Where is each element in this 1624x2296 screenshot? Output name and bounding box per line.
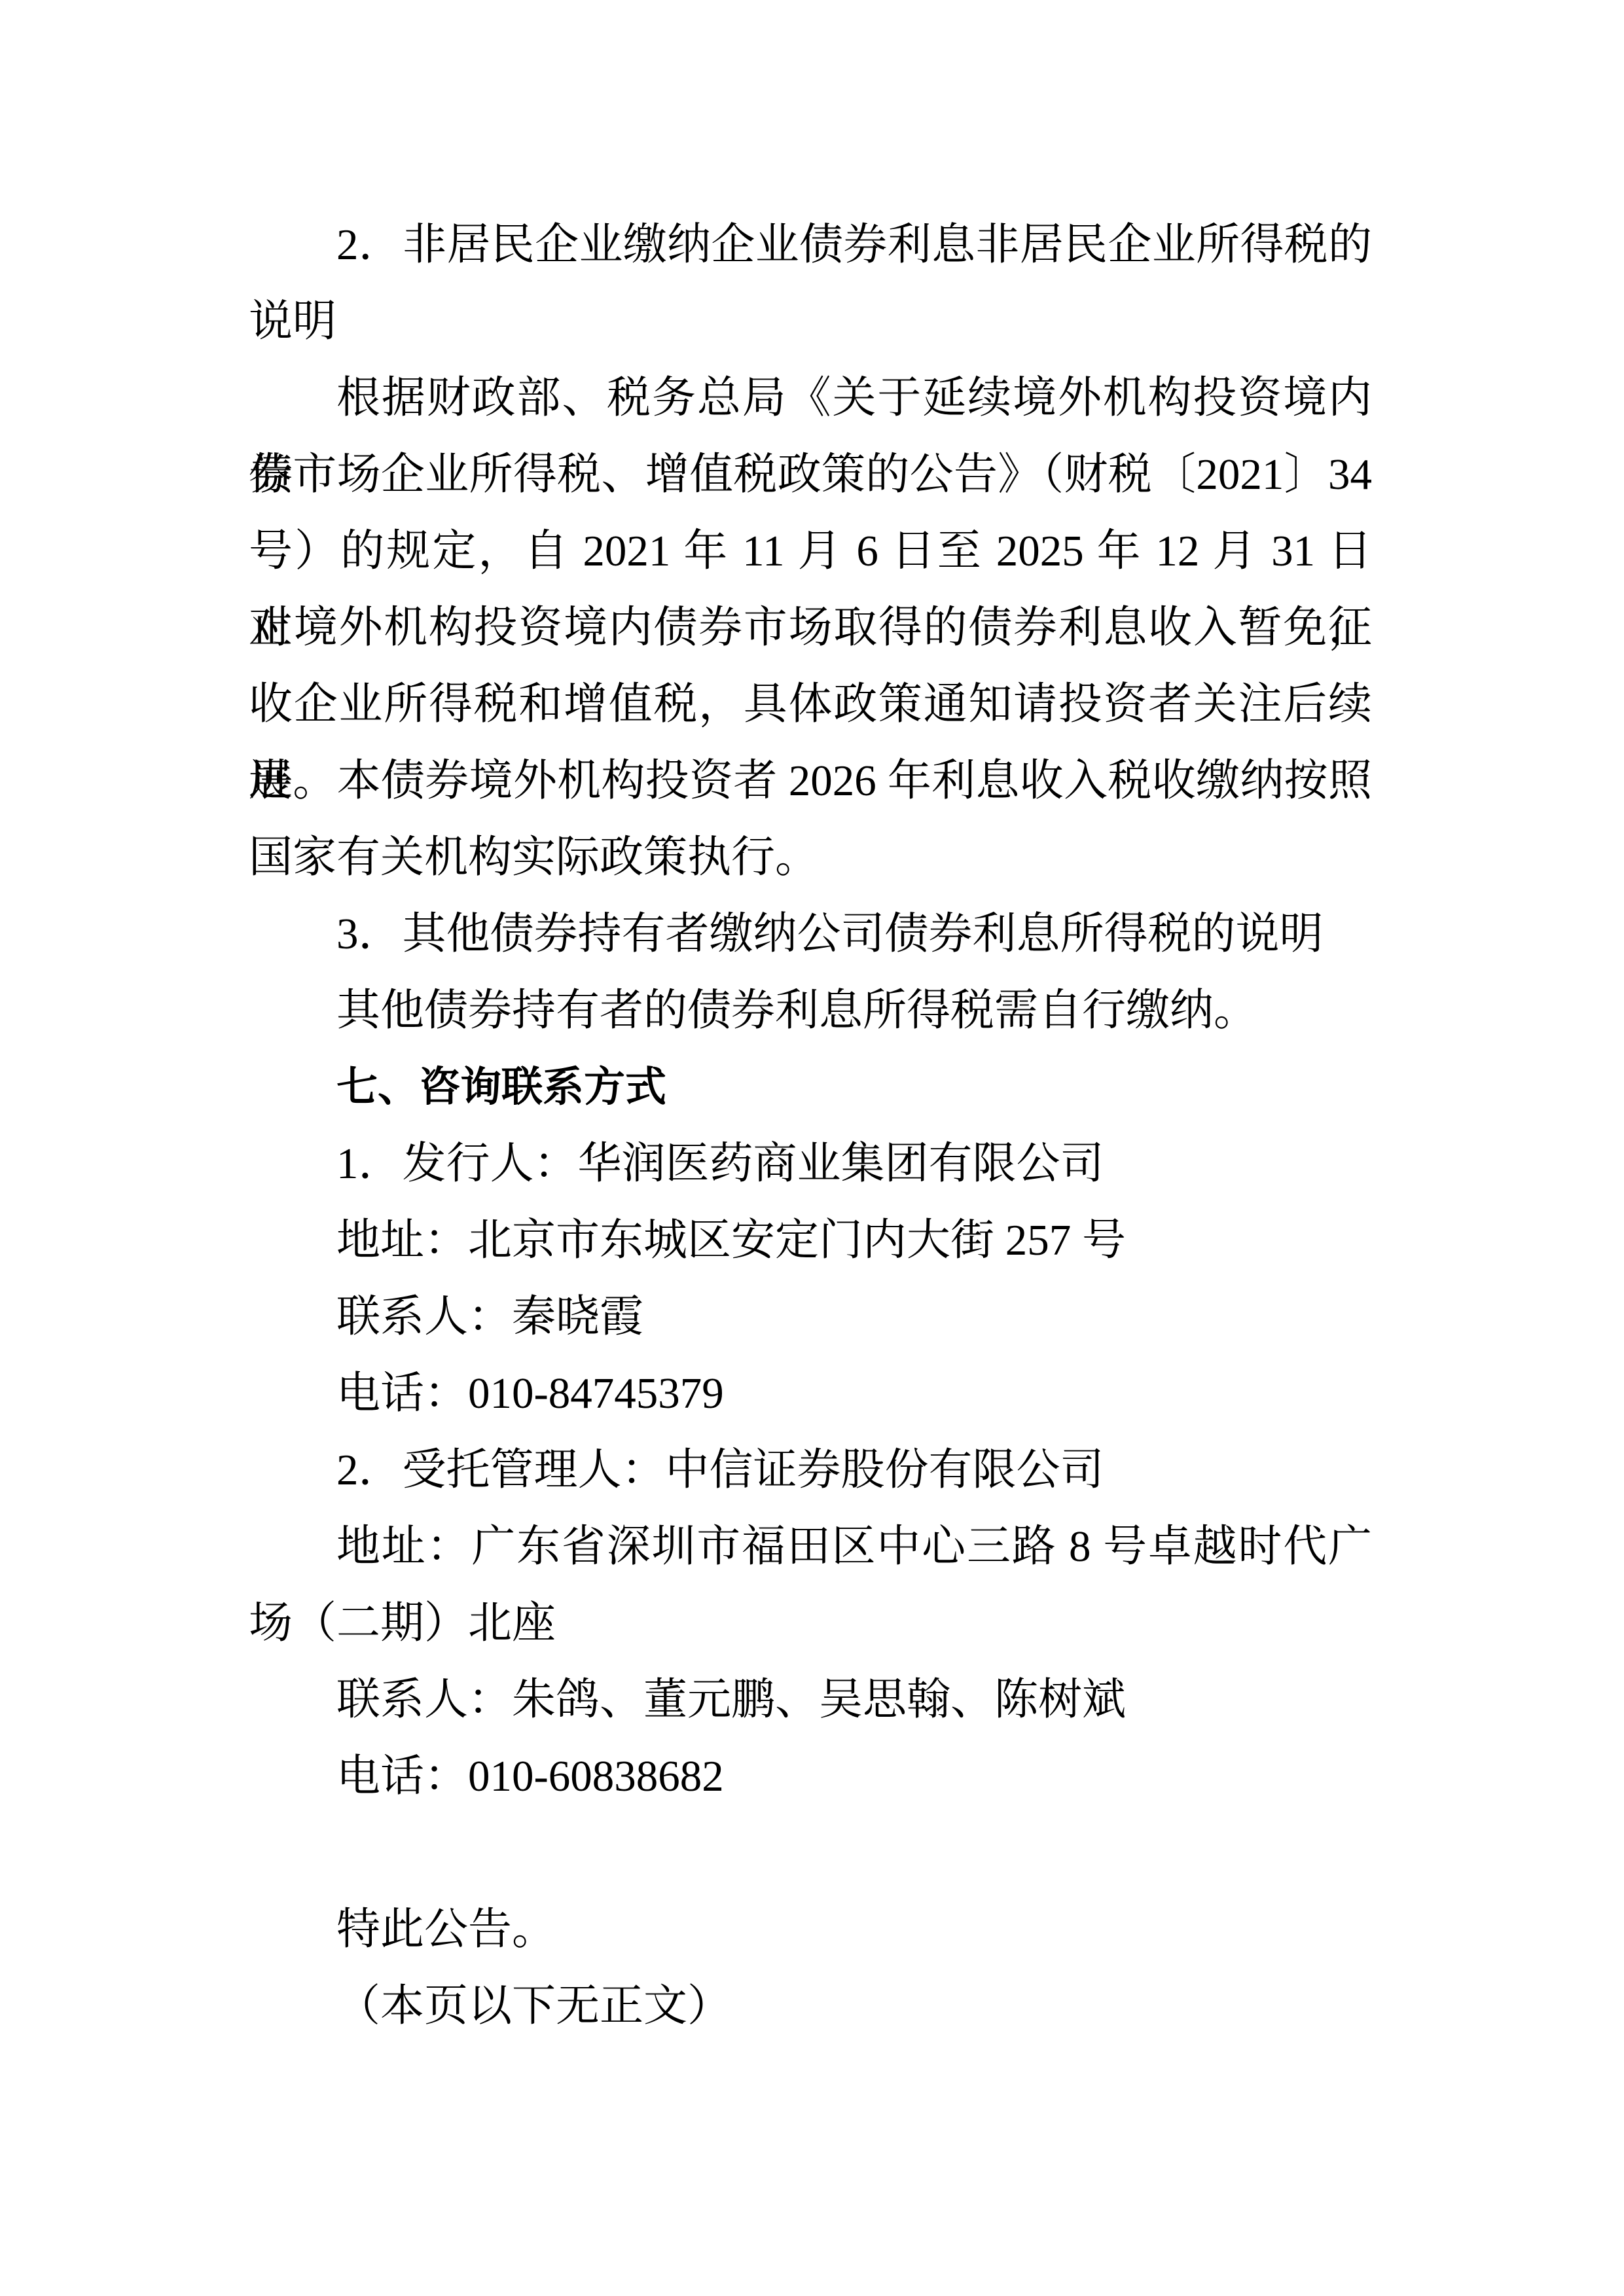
item3-heading-line: 3．其他债券持有者缴纳公司债券利息所得税的说明: [249, 896, 1372, 973]
trustee-address-line-1: 地址：广东省深圳市福田区中心三路 8 号卓越时代广: [249, 1509, 1372, 1585]
tax-policy-para-line-7: 国家有关机构实际政策执行。: [249, 819, 1372, 896]
trustee-address-line-2: 场（二期）北座: [249, 1585, 1372, 1662]
item2-heading-line-1: 2．非居民企业缴纳企业债券利息非居民企业所得税的: [249, 207, 1372, 283]
tax-policy-para-line-5: 收企业所得税和增值税，具体政策通知请投资者关注后续进: [249, 666, 1372, 743]
issuer-contact-line: 联系人：秦晓霞: [249, 1279, 1372, 1355]
tax-policy-para-line-4: 对境外机构投资境内债券市场取得的债券利息收入暂免征: [249, 590, 1372, 666]
trustee-contact-line: 联系人：朱鸽、董元鹏、吴思翰、陈树斌: [249, 1662, 1372, 1738]
tax-policy-para-line-1: 根据财政部、税务总局《关于延续境外机构投资境内债: [249, 360, 1372, 437]
blank-line: [249, 1815, 1372, 1892]
trustee-name-line: 2．受托管理人：中信证券股份有限公司: [249, 1432, 1372, 1509]
issuer-phone-line: 电话：010-84745379: [249, 1355, 1372, 1432]
issuer-address-line: 地址：北京市东城区安定门内大街 257 号: [249, 1202, 1372, 1279]
trustee-phone-line: 电话：010-60838682: [249, 1738, 1372, 1815]
closing-announcement-line: 特此公告。: [249, 1892, 1372, 1968]
document-page: 2．非居民企业缴纳企业债券利息非居民企业所得税的 说明 根据财政部、税务总局《关…: [0, 0, 1624, 2296]
item3-body-line: 其他债券持有者的债券利息所得税需自行缴纳。: [249, 973, 1372, 1049]
item2-heading-line-2: 说明: [249, 283, 1372, 360]
document-body: 2．非居民企业缴纳企业债券利息非居民企业所得税的 说明 根据财政部、税务总局《关…: [249, 207, 1372, 2045]
tax-policy-para-line-6: 展。本债券境外机构投资者 2026 年利息收入税收缴纳按照: [249, 743, 1372, 819]
section7-heading: 七、咨询联系方式: [249, 1049, 1372, 1126]
tax-policy-para-line-2: 券市场企业所得税、增值税政策的公告》（财税〔2021〕34: [249, 437, 1372, 513]
no-text-below-note-line: （本页以下无正文）: [249, 1968, 1372, 2045]
issuer-name-line: 1．发行人：华润医药商业集团有限公司: [249, 1126, 1372, 1202]
tax-policy-para-line-3: 号）的规定，自 2021 年 11 月 6 日至 2025 年 12 月 31 …: [249, 513, 1372, 590]
